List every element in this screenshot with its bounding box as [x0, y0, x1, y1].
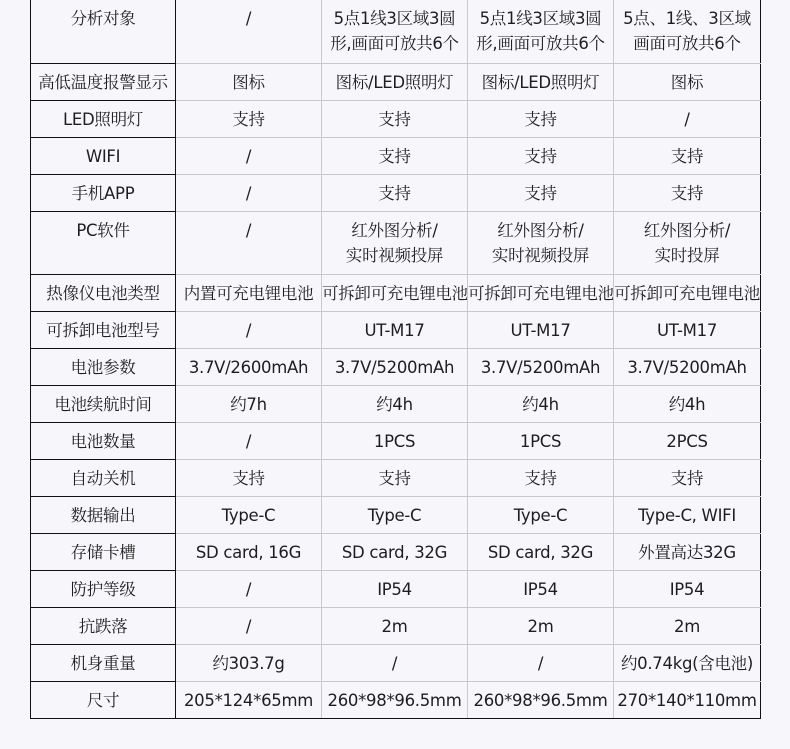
- row-label: WIFI: [31, 138, 176, 175]
- table-cell: /: [176, 423, 322, 460]
- cell-text-line: 支持: [176, 107, 321, 132]
- row-label: 热像仪电池类型: [31, 275, 176, 312]
- row-label: 尺寸: [31, 682, 176, 719]
- cell-text-line: SD card, 32G: [468, 540, 613, 565]
- row-label: 可拆卸电池型号: [31, 312, 176, 349]
- cell-text-line: IP54: [614, 577, 760, 602]
- cell-text-line: Type-C: [176, 503, 321, 528]
- table-cell: Type-C: [468, 497, 614, 534]
- table-cell: 可拆卸可充电锂电池: [614, 275, 761, 312]
- cell-text-line: 支持: [468, 144, 613, 169]
- table-cell: 图标/LED照明灯: [322, 64, 468, 101]
- table-cell: SD card, 32G: [322, 534, 468, 571]
- cell-text-line: 可拆卸可充电锂电池: [322, 281, 467, 306]
- row-label: 手机APP: [31, 175, 176, 212]
- cell-text-line: Type-C, WIFI: [614, 503, 760, 528]
- cell-text-line: 支持: [176, 466, 321, 491]
- table-cell: 支持: [322, 175, 468, 212]
- table-cell: 约4h: [614, 386, 761, 423]
- table-cell: 2m: [468, 608, 614, 645]
- cell-text-line: /: [176, 218, 321, 243]
- table-cell: Type-C: [176, 497, 322, 534]
- table-cell: SD card, 16G: [176, 534, 322, 571]
- cell-text-line: 1PCS: [468, 429, 613, 454]
- cell-text-line: /: [614, 107, 760, 132]
- table-row: 电池续航时间约7h约4h约4h约4h: [31, 386, 761, 423]
- table-cell: Type-C: [322, 497, 468, 534]
- table-cell: 3.7V/5200mAh: [614, 349, 761, 386]
- row-label: LED照明灯: [31, 101, 176, 138]
- cell-text-line: 3.7V/5200mAh: [468, 355, 613, 380]
- cell-text-line: 2PCS: [614, 429, 760, 454]
- row-label: 分析对象: [31, 0, 176, 64]
- table-cell: 3.7V/5200mAh: [322, 349, 468, 386]
- cell-text-line: UT-M17: [468, 318, 613, 343]
- cell-text-line: 实时视频投屏: [468, 243, 613, 268]
- cell-text-line: /: [176, 181, 321, 206]
- table-cell: UT-M17: [322, 312, 468, 349]
- cell-text-line: 支持: [322, 144, 467, 169]
- cell-text-line: /: [176, 429, 321, 454]
- table-cell: /: [176, 138, 322, 175]
- table-row: 防护等级/IP54IP54IP54: [31, 571, 761, 608]
- table-cell: 3.7V/2600mAh: [176, 349, 322, 386]
- table-cell: IP54: [614, 571, 761, 608]
- cell-text-line: 外置高达32G: [614, 540, 760, 565]
- table-cell: 1PCS: [468, 423, 614, 460]
- table-row: 抗跌落/2m2m2m: [31, 608, 761, 645]
- row-label: 防护等级: [31, 571, 176, 608]
- table-cell: 支持: [468, 138, 614, 175]
- table-cell: /: [468, 645, 614, 682]
- table-cell: 支持: [468, 175, 614, 212]
- table-cell: 支持: [614, 460, 761, 497]
- spec-comparison-table: 分析对象/5点1线3区域3圆形,画面可放共6个5点1线3区域3圆形,画面可放共6…: [30, 0, 761, 719]
- table-cell: 5点、1线、3区域画面可放共6个: [614, 0, 761, 64]
- table-cell: 图标: [176, 64, 322, 101]
- cell-text-line: /: [176, 144, 321, 169]
- cell-text-line: 图标: [176, 70, 321, 95]
- row-label: 数据输出: [31, 497, 176, 534]
- table-cell: /: [176, 571, 322, 608]
- cell-text-line: /: [468, 651, 613, 676]
- table-cell: 红外图分析/实时视频投屏: [468, 212, 614, 275]
- table-cell: 3.7V/5200mAh: [468, 349, 614, 386]
- cell-text-line: IP54: [468, 577, 613, 602]
- cell-text-line: 3.7V/2600mAh: [176, 355, 321, 380]
- table-row: LED照明灯支持支持支持/: [31, 101, 761, 138]
- cell-text-line: 支持: [468, 466, 613, 491]
- table-cell: SD card, 32G: [468, 534, 614, 571]
- cell-text-line: /: [322, 651, 467, 676]
- cell-text-line: 5点、1线、3区域: [614, 6, 760, 31]
- cell-text-line: 形,画面可放共6个: [322, 31, 467, 56]
- cell-text-line: 支持: [468, 181, 613, 206]
- cell-text-line: 270*140*110mm: [614, 688, 760, 713]
- table-cell: /: [176, 212, 322, 275]
- cell-text-line: 支持: [614, 181, 760, 206]
- row-label: 机身重量: [31, 645, 176, 682]
- cell-text-line: 约0.74kg(含电池): [614, 651, 760, 676]
- cell-text-line: 图标/LED照明灯: [322, 70, 467, 95]
- cell-text-line: 5点1线3区域3圆: [468, 6, 613, 31]
- cell-text-line: 支持: [322, 466, 467, 491]
- cell-text-line: 2m: [614, 614, 760, 639]
- table-cell: 270*140*110mm: [614, 682, 761, 719]
- cell-text-line: 约4h: [322, 392, 467, 417]
- table-cell: /: [176, 0, 322, 64]
- row-label: 存储卡槽: [31, 534, 176, 571]
- cell-text-line: 红外图分析/: [614, 218, 760, 243]
- table-cell: 1PCS: [322, 423, 468, 460]
- cell-text-line: 图标/LED照明灯: [468, 70, 613, 95]
- cell-text-line: SD card, 16G: [176, 540, 321, 565]
- cell-text-line: /: [176, 614, 321, 639]
- table-row: PC软件/红外图分析/实时视频投屏红外图分析/实时视频投屏红外图分析/实时投屏: [31, 212, 761, 275]
- cell-text-line: 图标: [614, 70, 760, 95]
- table-cell: 约0.74kg(含电池): [614, 645, 761, 682]
- table-cell: 约4h: [468, 386, 614, 423]
- cell-text-line: SD card, 32G: [322, 540, 467, 565]
- cell-text-line: Type-C: [468, 503, 613, 528]
- cell-text-line: 红外图分析/: [468, 218, 613, 243]
- cell-text-line: 实时视频投屏: [322, 243, 467, 268]
- table-cell: 约303.7g: [176, 645, 322, 682]
- table-cell: /: [176, 175, 322, 212]
- cell-text-line: IP54: [322, 577, 467, 602]
- table-row: 分析对象/5点1线3区域3圆形,画面可放共6个5点1线3区域3圆形,画面可放共6…: [31, 0, 761, 64]
- cell-text-line: 260*98*96.5mm: [322, 688, 467, 713]
- spec-table-body: 分析对象/5点1线3区域3圆形,画面可放共6个5点1线3区域3圆形,画面可放共6…: [31, 0, 761, 719]
- table-row: 电池参数3.7V/2600mAh3.7V/5200mAh3.7V/5200mAh…: [31, 349, 761, 386]
- table-cell: 约7h: [176, 386, 322, 423]
- table-cell: 内置可充电锂电池: [176, 275, 322, 312]
- table-cell: 约4h: [322, 386, 468, 423]
- table-cell: 支持: [322, 101, 468, 138]
- table-cell: 支持: [176, 101, 322, 138]
- cell-text-line: 约4h: [614, 392, 760, 417]
- table-cell: 260*98*96.5mm: [468, 682, 614, 719]
- table-row: 手机APP/支持支持支持: [31, 175, 761, 212]
- cell-text-line: Type-C: [322, 503, 467, 528]
- cell-text-line: 1PCS: [322, 429, 467, 454]
- table-row: 可拆卸电池型号/UT-M17UT-M17UT-M17: [31, 312, 761, 349]
- table-cell: 支持: [614, 138, 761, 175]
- table-cell: 支持: [322, 460, 468, 497]
- table-cell: 5点1线3区域3圆形,画面可放共6个: [468, 0, 614, 64]
- table-cell: UT-M17: [614, 312, 761, 349]
- cell-text-line: 支持: [322, 107, 467, 132]
- cell-text-line: 支持: [322, 181, 467, 206]
- cell-text-line: 支持: [614, 144, 760, 169]
- row-label: 电池参数: [31, 349, 176, 386]
- table-cell: IP54: [468, 571, 614, 608]
- table-cell: 支持: [468, 460, 614, 497]
- table-row: WIFI/支持支持支持: [31, 138, 761, 175]
- row-label: PC软件: [31, 212, 176, 275]
- table-cell: 5点1线3区域3圆形,画面可放共6个: [322, 0, 468, 64]
- cell-text-line: 3.7V/5200mAh: [614, 355, 760, 380]
- cell-text-line: 2m: [322, 614, 467, 639]
- cell-text-line: 3.7V/5200mAh: [322, 355, 467, 380]
- cell-text-line: /: [176, 577, 321, 602]
- table-cell: 2PCS: [614, 423, 761, 460]
- cell-text-line: /: [176, 318, 321, 343]
- table-cell: 支持: [176, 460, 322, 497]
- row-label: 自动关机: [31, 460, 176, 497]
- table-cell: 图标: [614, 64, 761, 101]
- table-cell: 支持: [468, 101, 614, 138]
- table-row: 数据输出Type-CType-CType-CType-C, WIFI: [31, 497, 761, 534]
- table-cell: /: [322, 645, 468, 682]
- table-row: 存储卡槽SD card, 16GSD card, 32GSD card, 32G…: [31, 534, 761, 571]
- cell-text-line: 约4h: [468, 392, 613, 417]
- cell-text-line: 支持: [614, 466, 760, 491]
- cell-text-line: UT-M17: [322, 318, 467, 343]
- table-cell: 可拆卸可充电锂电池: [322, 275, 468, 312]
- table-row: 自动关机支持支持支持支持: [31, 460, 761, 497]
- cell-text-line: 内置可充电锂电池: [176, 281, 321, 306]
- table-cell: /: [614, 101, 761, 138]
- table-cell: 图标/LED照明灯: [468, 64, 614, 101]
- table-row: 机身重量约303.7g//约0.74kg(含电池): [31, 645, 761, 682]
- table-cell: 205*124*65mm: [176, 682, 322, 719]
- cell-text-line: 可拆卸可充电锂电池: [468, 281, 613, 306]
- table-row: 热像仪电池类型内置可充电锂电池可拆卸可充电锂电池可拆卸可充电锂电池可拆卸可充电锂…: [31, 275, 761, 312]
- row-label: 抗跌落: [31, 608, 176, 645]
- table-cell: 2m: [322, 608, 468, 645]
- table-cell: 外置高达32G: [614, 534, 761, 571]
- table-cell: 支持: [322, 138, 468, 175]
- table-cell: 红外图分析/实时投屏: [614, 212, 761, 275]
- table-row: 尺寸205*124*65mm260*98*96.5mm260*98*96.5mm…: [31, 682, 761, 719]
- cell-text-line: 实时投屏: [614, 243, 760, 268]
- table-row: 电池数量/1PCS1PCS2PCS: [31, 423, 761, 460]
- row-label: 电池数量: [31, 423, 176, 460]
- cell-text-line: 可拆卸可充电锂电池: [614, 281, 760, 306]
- table-cell: 260*98*96.5mm: [322, 682, 468, 719]
- cell-text-line: 约303.7g: [176, 651, 321, 676]
- table-cell: 红外图分析/实时视频投屏: [322, 212, 468, 275]
- table-cell: IP54: [322, 571, 468, 608]
- cell-text-line: 红外图分析/: [322, 218, 467, 243]
- cell-text-line: 支持: [468, 107, 613, 132]
- cell-text-line: 205*124*65mm: [176, 688, 321, 713]
- cell-text-line: 5点1线3区域3圆: [322, 6, 467, 31]
- cell-text-line: 形,画面可放共6个: [468, 31, 613, 56]
- table-cell: 支持: [614, 175, 761, 212]
- table-cell: 2m: [614, 608, 761, 645]
- table-cell: /: [176, 608, 322, 645]
- table-cell: UT-M17: [468, 312, 614, 349]
- table-cell: 可拆卸可充电锂电池: [468, 275, 614, 312]
- row-label: 电池续航时间: [31, 386, 176, 423]
- table-cell: /: [176, 312, 322, 349]
- cell-text-line: 约7h: [176, 392, 321, 417]
- table-cell: Type-C, WIFI: [614, 497, 761, 534]
- cell-text-line: 260*98*96.5mm: [468, 688, 613, 713]
- cell-text-line: 画面可放共6个: [614, 31, 760, 56]
- cell-text-line: UT-M17: [614, 318, 760, 343]
- cell-text-line: /: [176, 6, 321, 31]
- cell-text-line: 2m: [468, 614, 613, 639]
- row-label: 高低温度报警显示: [31, 64, 176, 101]
- table-row: 高低温度报警显示图标图标/LED照明灯图标/LED照明灯图标: [31, 64, 761, 101]
